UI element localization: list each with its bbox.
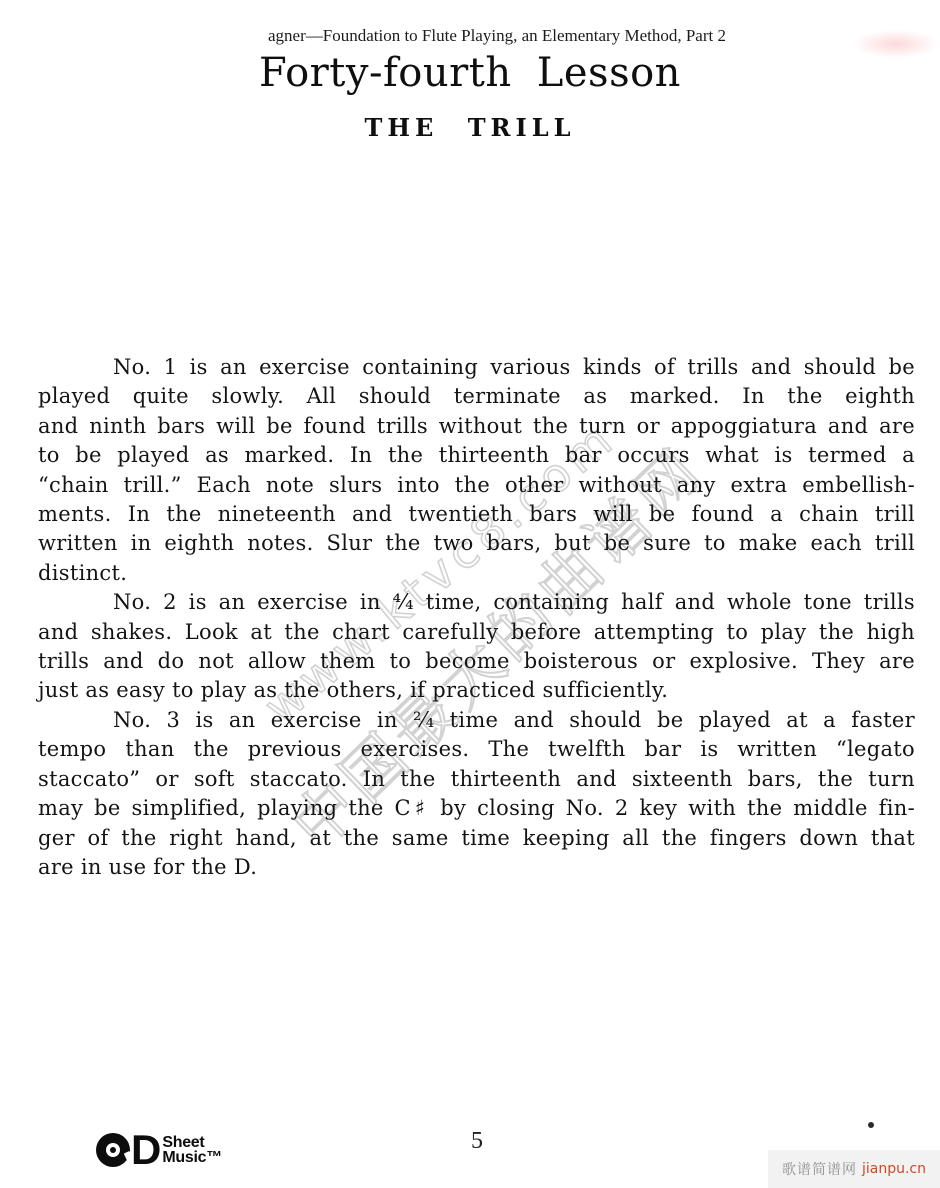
text-line: trills and do not allow them to become b… (38, 647, 915, 676)
body-text: No. 1 is an exercise containing various … (38, 353, 915, 882)
text-line: “chain trill.” Each note slurs into the … (38, 471, 915, 500)
running-header: agner—Foundation to Flute Playing, an El… (0, 26, 940, 46)
text-line: staccato” or soft staccato. In the thirt… (38, 765, 915, 794)
text-line: No. 1 is an exercise containing various … (38, 353, 915, 382)
logo-letter-d: D (131, 1133, 159, 1167)
logo-word-sheet: Sheet (162, 1135, 222, 1150)
text-line: to be played as marked. In the thirteent… (38, 441, 915, 470)
site-url: jianpu.cn (862, 1161, 926, 1177)
text-line: and shakes. Look at the chart carefully … (38, 618, 915, 647)
logo-wordmark: Sheet Music™ (162, 1135, 222, 1165)
page-subtitle: THE TRILL (0, 113, 940, 142)
jianpu-watermark: 歌谱简谱网 jianpu.cn (768, 1150, 940, 1188)
text-line: tempo than the previous exercises. The t… (38, 735, 915, 764)
text-line: No. 2 is an exercise in ⁴⁄₄ time, contai… (38, 588, 915, 617)
text-line: played quite slowly. All should terminat… (38, 382, 915, 411)
text-line: distinct. (38, 559, 915, 588)
text-line: No. 3 is an exercise in ²⁄₄ time and sho… (38, 706, 915, 735)
text-line: and ninth bars will be found trills with… (38, 412, 915, 441)
text-line: ments. In the nineteenth and twentieth b… (38, 500, 915, 529)
cd-sheet-music-logo: D Sheet Music™ (96, 1133, 222, 1167)
site-name: 歌谱简谱网 (782, 1159, 857, 1179)
text-line: may be simplified, playing the C♯ by clo… (38, 794, 915, 823)
text-line: just as easy to play as the others, if p… (38, 676, 915, 705)
text-line: are in use for the D. (38, 853, 915, 882)
ink-dot (868, 1122, 874, 1128)
logo-word-music: Music™ (162, 1150, 222, 1165)
page-number: 5 (462, 1128, 492, 1155)
text-line: ger of the right hand, at the same time … (38, 824, 915, 853)
text-line: written in eighth notes. Slur the two ba… (38, 529, 915, 558)
page-title: Forty-fourth Lesson (0, 50, 940, 96)
cd-disc-icon (96, 1133, 130, 1167)
